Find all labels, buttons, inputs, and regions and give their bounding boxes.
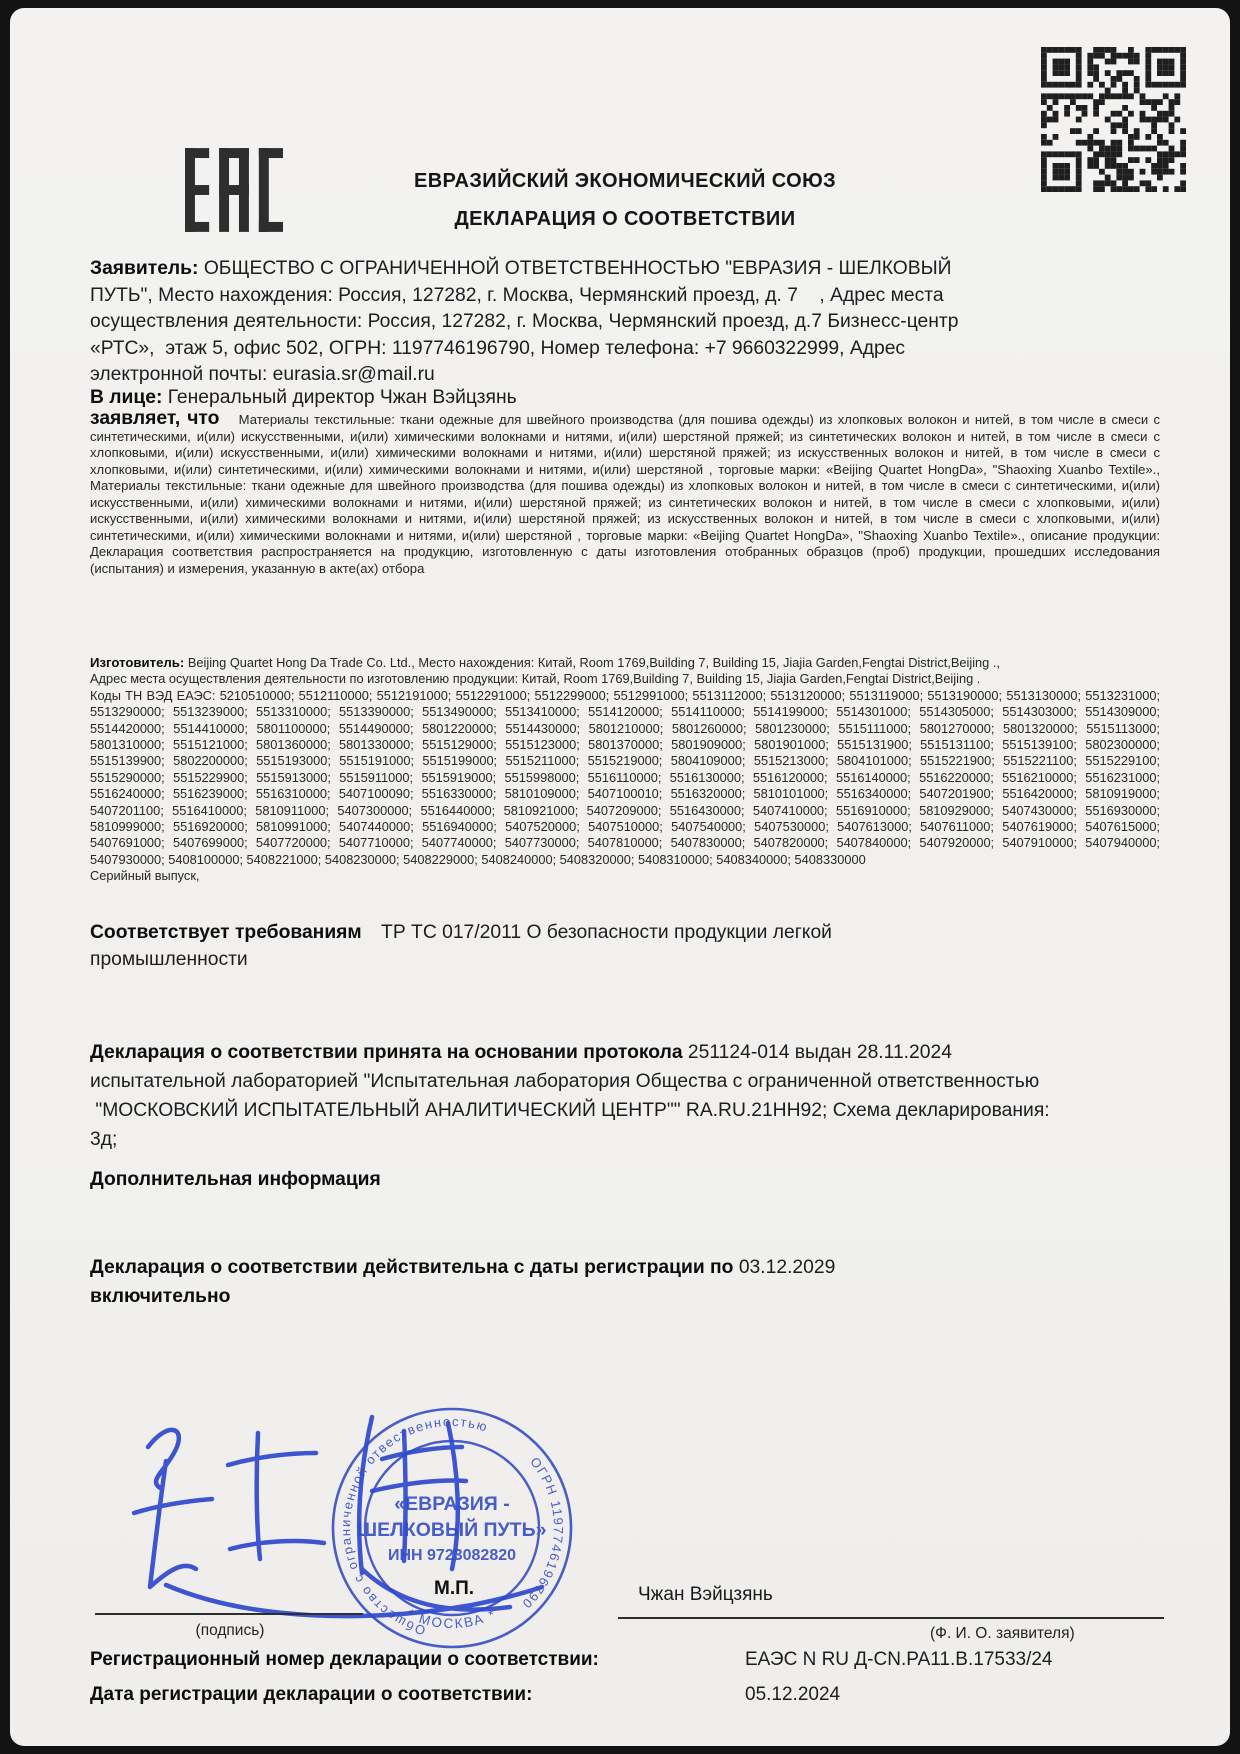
declares-label: заявляет, что [90, 408, 219, 429]
additional-info-label: Дополнительная информация [90, 1169, 381, 1190]
registration-date-row: Дата регистрации декларации о соответств… [90, 1684, 1160, 1706]
basis-label: Декларация о соответствии принята на осн… [90, 1042, 683, 1063]
signature-line-left [95, 1613, 363, 1615]
person-label: В лице: [90, 387, 162, 408]
person-paragraph: В лице: Генеральный директор Чжан Вэйцзя… [90, 385, 1160, 412]
manufacturer-label: Изготовитель: [90, 655, 184, 670]
validity-line: Декларация о соответствии действительна … [90, 1253, 1160, 1282]
caption-fio: (Ф. И. О. заявителя) [930, 1625, 1075, 1643]
document-title: ДЕКЛАРАЦИЯ О СООТВЕТСТВИИ [90, 208, 1160, 231]
manufacturer-block: Изготовитель: Beijing Quartet Hong Da Tr… [90, 655, 1160, 885]
declares-paragraph: заявляет, что Материалы текстильные: тка… [90, 411, 1160, 577]
signature-line-right [618, 1617, 1164, 1619]
registration-number-row: Регистрационный номер декларации о соотв… [90, 1649, 1160, 1671]
basis-paragraph: Декларация о соответствии принята на осн… [90, 1038, 1160, 1154]
handwritten-signature [110, 1373, 570, 1643]
validity-suffix: включительно [90, 1286, 230, 1307]
registration-date-label: Дата регистрации декларации о соответств… [90, 1684, 532, 1705]
signature-strokes [134, 1417, 542, 1616]
validity-date: 03.12.2029 [739, 1257, 836, 1278]
additional-info-heading: Дополнительная информация [90, 1167, 1160, 1194]
applicant-label: Заявитель: [90, 258, 198, 279]
mp-mark: М.П. [434, 1578, 474, 1600]
applicant-text: ОБЩЕСТВО С ОГРАНИЧЕННОЙ ОТВЕТСТВЕННОСТЬЮ… [90, 258, 958, 385]
registration-number-label: Регистрационный номер декларации о соотв… [90, 1649, 599, 1670]
serial-release: Серийный выпуск, [90, 868, 1160, 884]
validity-block: Декларация о соответствии действительна … [90, 1253, 1160, 1311]
header-titles: ЕВРАЗИЙСКИЙ ЭКОНОМИЧЕСКИЙ СОЮЗ ДЕКЛАРАЦИ… [90, 170, 1160, 231]
manufacturer-name-location: Beijing Quartet Hong Da Trade Co. Ltd., … [188, 655, 1000, 670]
manufacturer-activity-address: Адрес места осуществления деятельности п… [90, 671, 1160, 687]
registration-date-value: 05.12.2024 [745, 1684, 840, 1706]
tnved-codes-list: 5210510000; 5512110000; 5512191000; 5512… [90, 688, 1160, 867]
manufacturer-line: Изготовитель: Beijing Quartet Hong Da Tr… [90, 655, 1160, 671]
union-title: ЕВРАЗИЙСКИЙ ЭКОНОМИЧЕСКИЙ СОЮЗ [90, 170, 1160, 193]
validity-label: Декларация о соответствии действительна … [90, 1257, 733, 1278]
signatory-name: Чжан Вэйцзянь [638, 1584, 773, 1606]
scanned-declaration: { "colors": { "stamp_blue": "#3c52c4", "… [0, 0, 1240, 1754]
person-text: Генеральный директор Чжан Вэйцзянь [168, 387, 517, 408]
requirements-label: Соответствует требованиям [90, 922, 362, 943]
requirements-paragraph: Соответствует требованиям ТР ТС 017/2011… [90, 920, 1160, 973]
caption-signature: (подпись) [160, 1622, 300, 1640]
applicant-paragraph: Заявитель: ОБЩЕСТВО С ОГРАНИЧЕННОЙ ОТВЕТ… [90, 256, 1160, 389]
declares-text: Материалы текстильные: ткани одежные для… [90, 412, 1160, 576]
document-page: ЕВРАЗИЙСКИЙ ЭКОНОМИЧЕСКИЙ СОЮЗ ДЕКЛАРАЦИ… [10, 8, 1230, 1746]
registration-number-value: ЕАЭС N RU Д-CN.РА11.В.17533/24 [745, 1649, 1053, 1671]
tnved-codes-label: Коды ТН ВЭД ЕАЭС: [90, 688, 215, 703]
tnved-codes: Коды ТН ВЭД ЕАЭС: 5210510000; 5512110000… [90, 688, 1160, 868]
